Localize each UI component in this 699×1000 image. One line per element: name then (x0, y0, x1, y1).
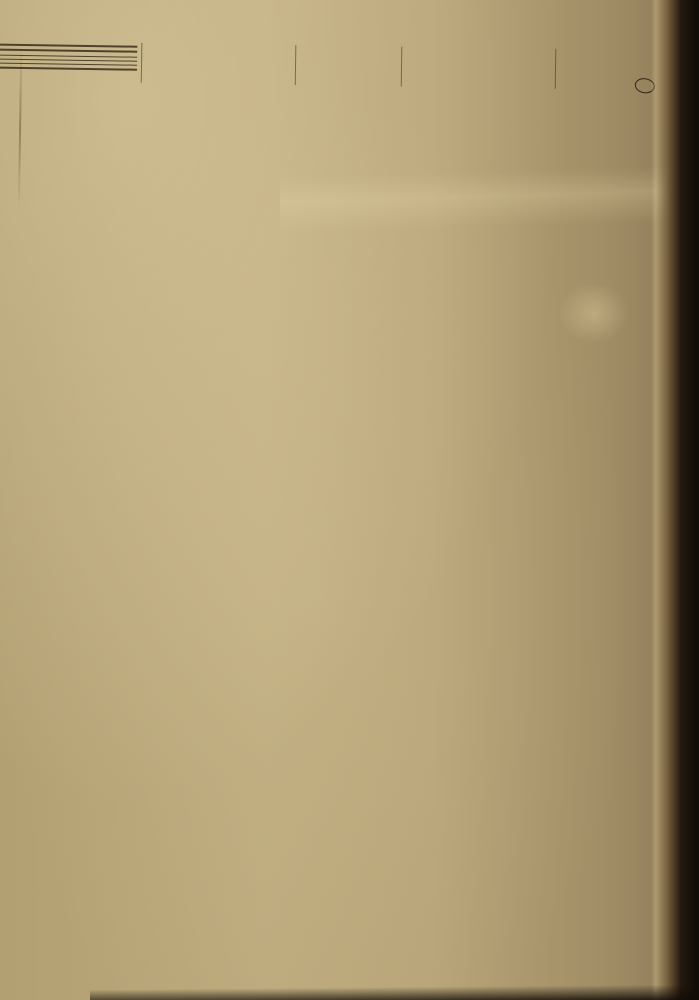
column-4-text (406, 47, 551, 49)
column-5-text (560, 49, 671, 51)
column-3 (295, 45, 402, 87)
column-4 (401, 47, 556, 89)
column-3-text (300, 45, 397, 46)
bottom-edge-shadow (90, 984, 699, 1000)
column-2 (141, 43, 296, 85)
paper-stain (558, 282, 630, 344)
paper-crease-highlight (279, 167, 669, 233)
page-content (0, 0, 699, 91)
column-grid (0, 0, 699, 91)
column-5 (555, 49, 676, 91)
book-gutter-shadow (651, 0, 699, 1000)
scanned-newspaper-page (0, 0, 699, 1000)
column-2-text (146, 43, 291, 45)
